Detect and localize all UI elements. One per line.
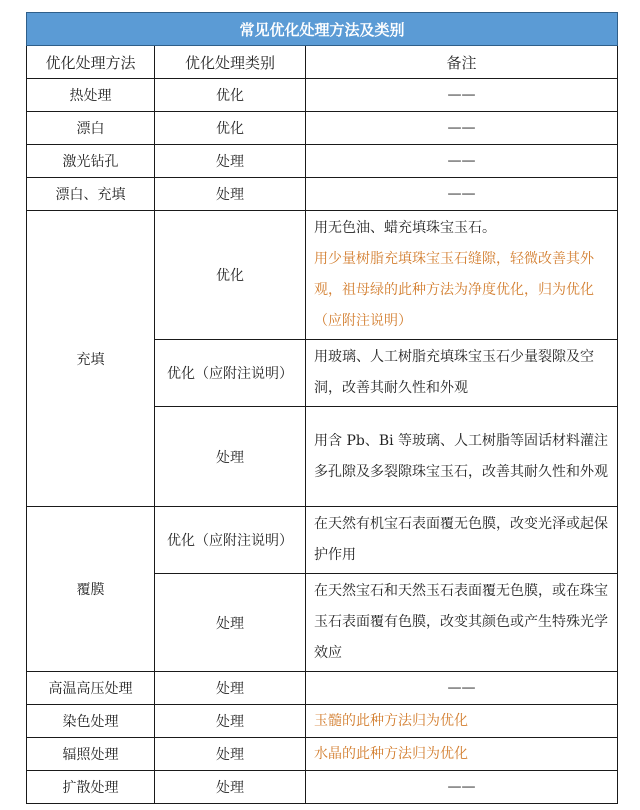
- column-header-note: 备注: [306, 46, 618, 79]
- method-cell: 漂白、充填: [27, 178, 155, 211]
- method-cell: 高温高压处理: [27, 672, 155, 705]
- category-cell: 处理: [155, 771, 306, 804]
- method-cell: 覆膜: [27, 507, 155, 672]
- note-cell: ——: [306, 771, 618, 804]
- optimization-methods-table: 常见优化处理方法及类别 优化处理方法 优化处理类别 备注 热处理 优化 —— 漂…: [26, 12, 618, 804]
- note-text: 用无色油、蜡充填珠宝玉石。: [314, 220, 496, 236]
- category-cell: 优化（应附注说明）: [155, 507, 306, 574]
- note-cell: ——: [306, 145, 618, 178]
- method-cell: 辐照处理: [27, 738, 155, 771]
- method-cell: 扩散处理: [27, 771, 155, 804]
- table-row: 扩散处理 处理 ——: [27, 771, 618, 804]
- table-title: 常见优化处理方法及类别: [27, 13, 618, 46]
- table-row: 覆膜 优化（应附注说明） 在天然有机宝石表面覆无色膜，改变光泽或起保护作用: [27, 507, 618, 574]
- table-row: 高温高压处理 处理 ——: [27, 672, 618, 705]
- table-row: 激光钻孔 处理 ——: [27, 145, 618, 178]
- category-cell: 处理: [155, 738, 306, 771]
- table-row: 漂白、充填 处理 ——: [27, 178, 618, 211]
- table-row: 充填 优化 用无色油、蜡充填珠宝玉石。用少量树脂充填珠宝玉石缝隙，轻微改善其外观…: [27, 211, 618, 340]
- note-cell: 用含 Pb、Bi 等玻璃、人工树脂等固话材料灌注多孔隙及多裂隙珠宝玉石，改善其耐…: [306, 407, 618, 507]
- note-cell: ——: [306, 79, 618, 112]
- note-cell: ——: [306, 672, 618, 705]
- note-cell: 玉髓的此种方法归为优化: [306, 705, 618, 738]
- note-cell: 用玻璃、人工树脂充填珠宝玉石少量裂隙及空洞，改善其耐久性和外观: [306, 340, 618, 407]
- category-cell: 优化（应附注说明）: [155, 340, 306, 407]
- method-cell: 漂白: [27, 112, 155, 145]
- note-cell: 在天然宝石和天然玉石表面覆无色膜，或在珠宝玉石表面覆有色膜，改变其颜色或产生特殊…: [306, 574, 618, 672]
- note-cell: 水晶的此种方法归为优化: [306, 738, 618, 771]
- method-cell: 染色处理: [27, 705, 155, 738]
- table-row: 辐照处理 处理 水晶的此种方法归为优化: [27, 738, 618, 771]
- note-cell: ——: [306, 112, 618, 145]
- category-cell: 处理: [155, 407, 306, 507]
- table-row: 染色处理 处理 玉髓的此种方法归为优化: [27, 705, 618, 738]
- method-cell: 激光钻孔: [27, 145, 155, 178]
- category-cell: 处理: [155, 178, 306, 211]
- note-cell: 在天然有机宝石表面覆无色膜，改变光泽或起保护作用: [306, 507, 618, 574]
- category-cell: 处理: [155, 574, 306, 672]
- category-cell: 优化: [155, 211, 306, 340]
- category-cell: 优化: [155, 79, 306, 112]
- category-cell: 处理: [155, 672, 306, 705]
- method-cell: 充填: [27, 211, 155, 507]
- category-cell: 优化: [155, 112, 306, 145]
- note-cell: ——: [306, 178, 618, 211]
- table-row: 漂白 优化 ——: [27, 112, 618, 145]
- column-header-category: 优化处理类别: [155, 46, 306, 79]
- column-header-method: 优化处理方法: [27, 46, 155, 79]
- method-cell: 热处理: [27, 79, 155, 112]
- note-highlight-text: 用少量树脂充填珠宝玉石缝隙，轻微改善其外观，祖母绿的此种方法为净度优化，归为优化…: [314, 251, 594, 329]
- table-row: 热处理 优化 ——: [27, 79, 618, 112]
- category-cell: 处理: [155, 145, 306, 178]
- category-cell: 处理: [155, 705, 306, 738]
- note-cell: 用无色油、蜡充填珠宝玉石。用少量树脂充填珠宝玉石缝隙，轻微改善其外观，祖母绿的此…: [306, 211, 618, 340]
